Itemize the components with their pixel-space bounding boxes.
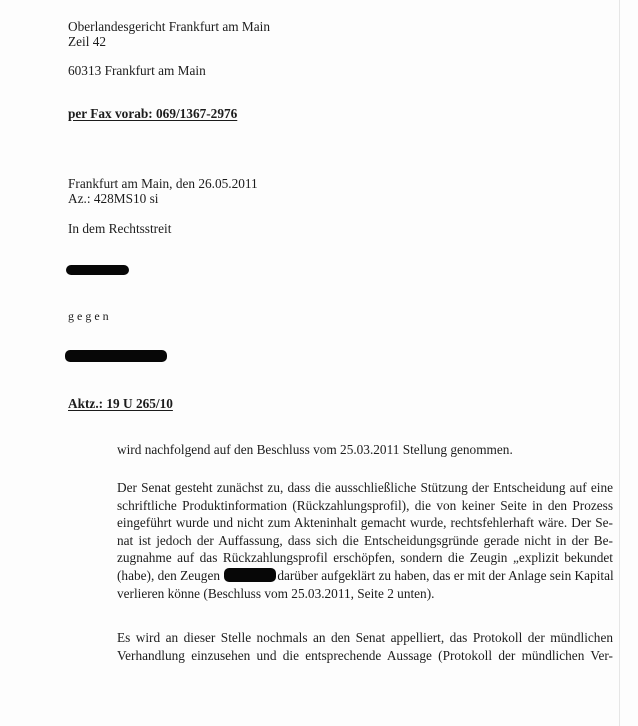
body-text: (habe), den Zeugen [117,568,220,583]
body-text: wird nachfolgend auf den Beschluss vom 2… [117,441,613,459]
versus-text: gegen [68,308,112,324]
place-date: Frankfurt am Main, den 26.05.2011 [68,176,258,192]
body-line: schriftliche Produktinformation (Rückzah… [117,497,613,515]
fax-line: per Fax vorab: 069/1367-2976 [68,106,237,122]
redacted-plaintiff [66,265,129,275]
body-paragraph-1: wird nachfolgend auf den Beschluss vom 2… [117,441,613,459]
body-line-with-redaction: (habe), den Zeugen darüber aufgeklärt zu… [117,567,613,585]
intro-text: In dem Rechtsstreit [68,221,171,237]
body-line: Der Senat gesteht zunächst zu, dass die … [117,479,613,497]
body-line: Verhandlung einzusehen und die entsprech… [117,647,613,665]
reference-number: Az.: 428MS10 si [68,191,159,207]
recipient-court: Oberlandesgericht Frankfurt am Main [68,19,270,35]
recipient-street: Zeil 42 [68,34,106,50]
body-paragraph-3: Es wird an dieser Stelle nochmals an den… [117,629,613,664]
body-paragraph-2: Der Senat gesteht zunächst zu, dass die … [117,479,613,602]
body-line: zugnahme auf das Rückzahlungsprofil ersc… [117,549,613,567]
page-edge-divider [619,0,620,726]
case-number: Aktz.: 19 U 265/10 [68,396,173,412]
body-text: darüber aufgeklärt zu haben, das er mit … [277,568,613,583]
body-line: verlieren könne (Beschluss vom 25.03.201… [117,585,613,603]
body-line: nat ist jedoch der Auffassung, dass sich… [117,532,613,550]
letter-page: Oberlandesgericht Frankfurt am Main Zeil… [0,0,638,726]
body-line: Es wird an dieser Stelle nochmals an den… [117,629,613,647]
recipient-city: 60313 Frankfurt am Main [68,63,206,79]
body-line: eingeführt wurde und nicht zum Akteninha… [117,514,613,532]
redacted-witness-name [224,568,276,582]
redacted-defendant [65,350,167,362]
